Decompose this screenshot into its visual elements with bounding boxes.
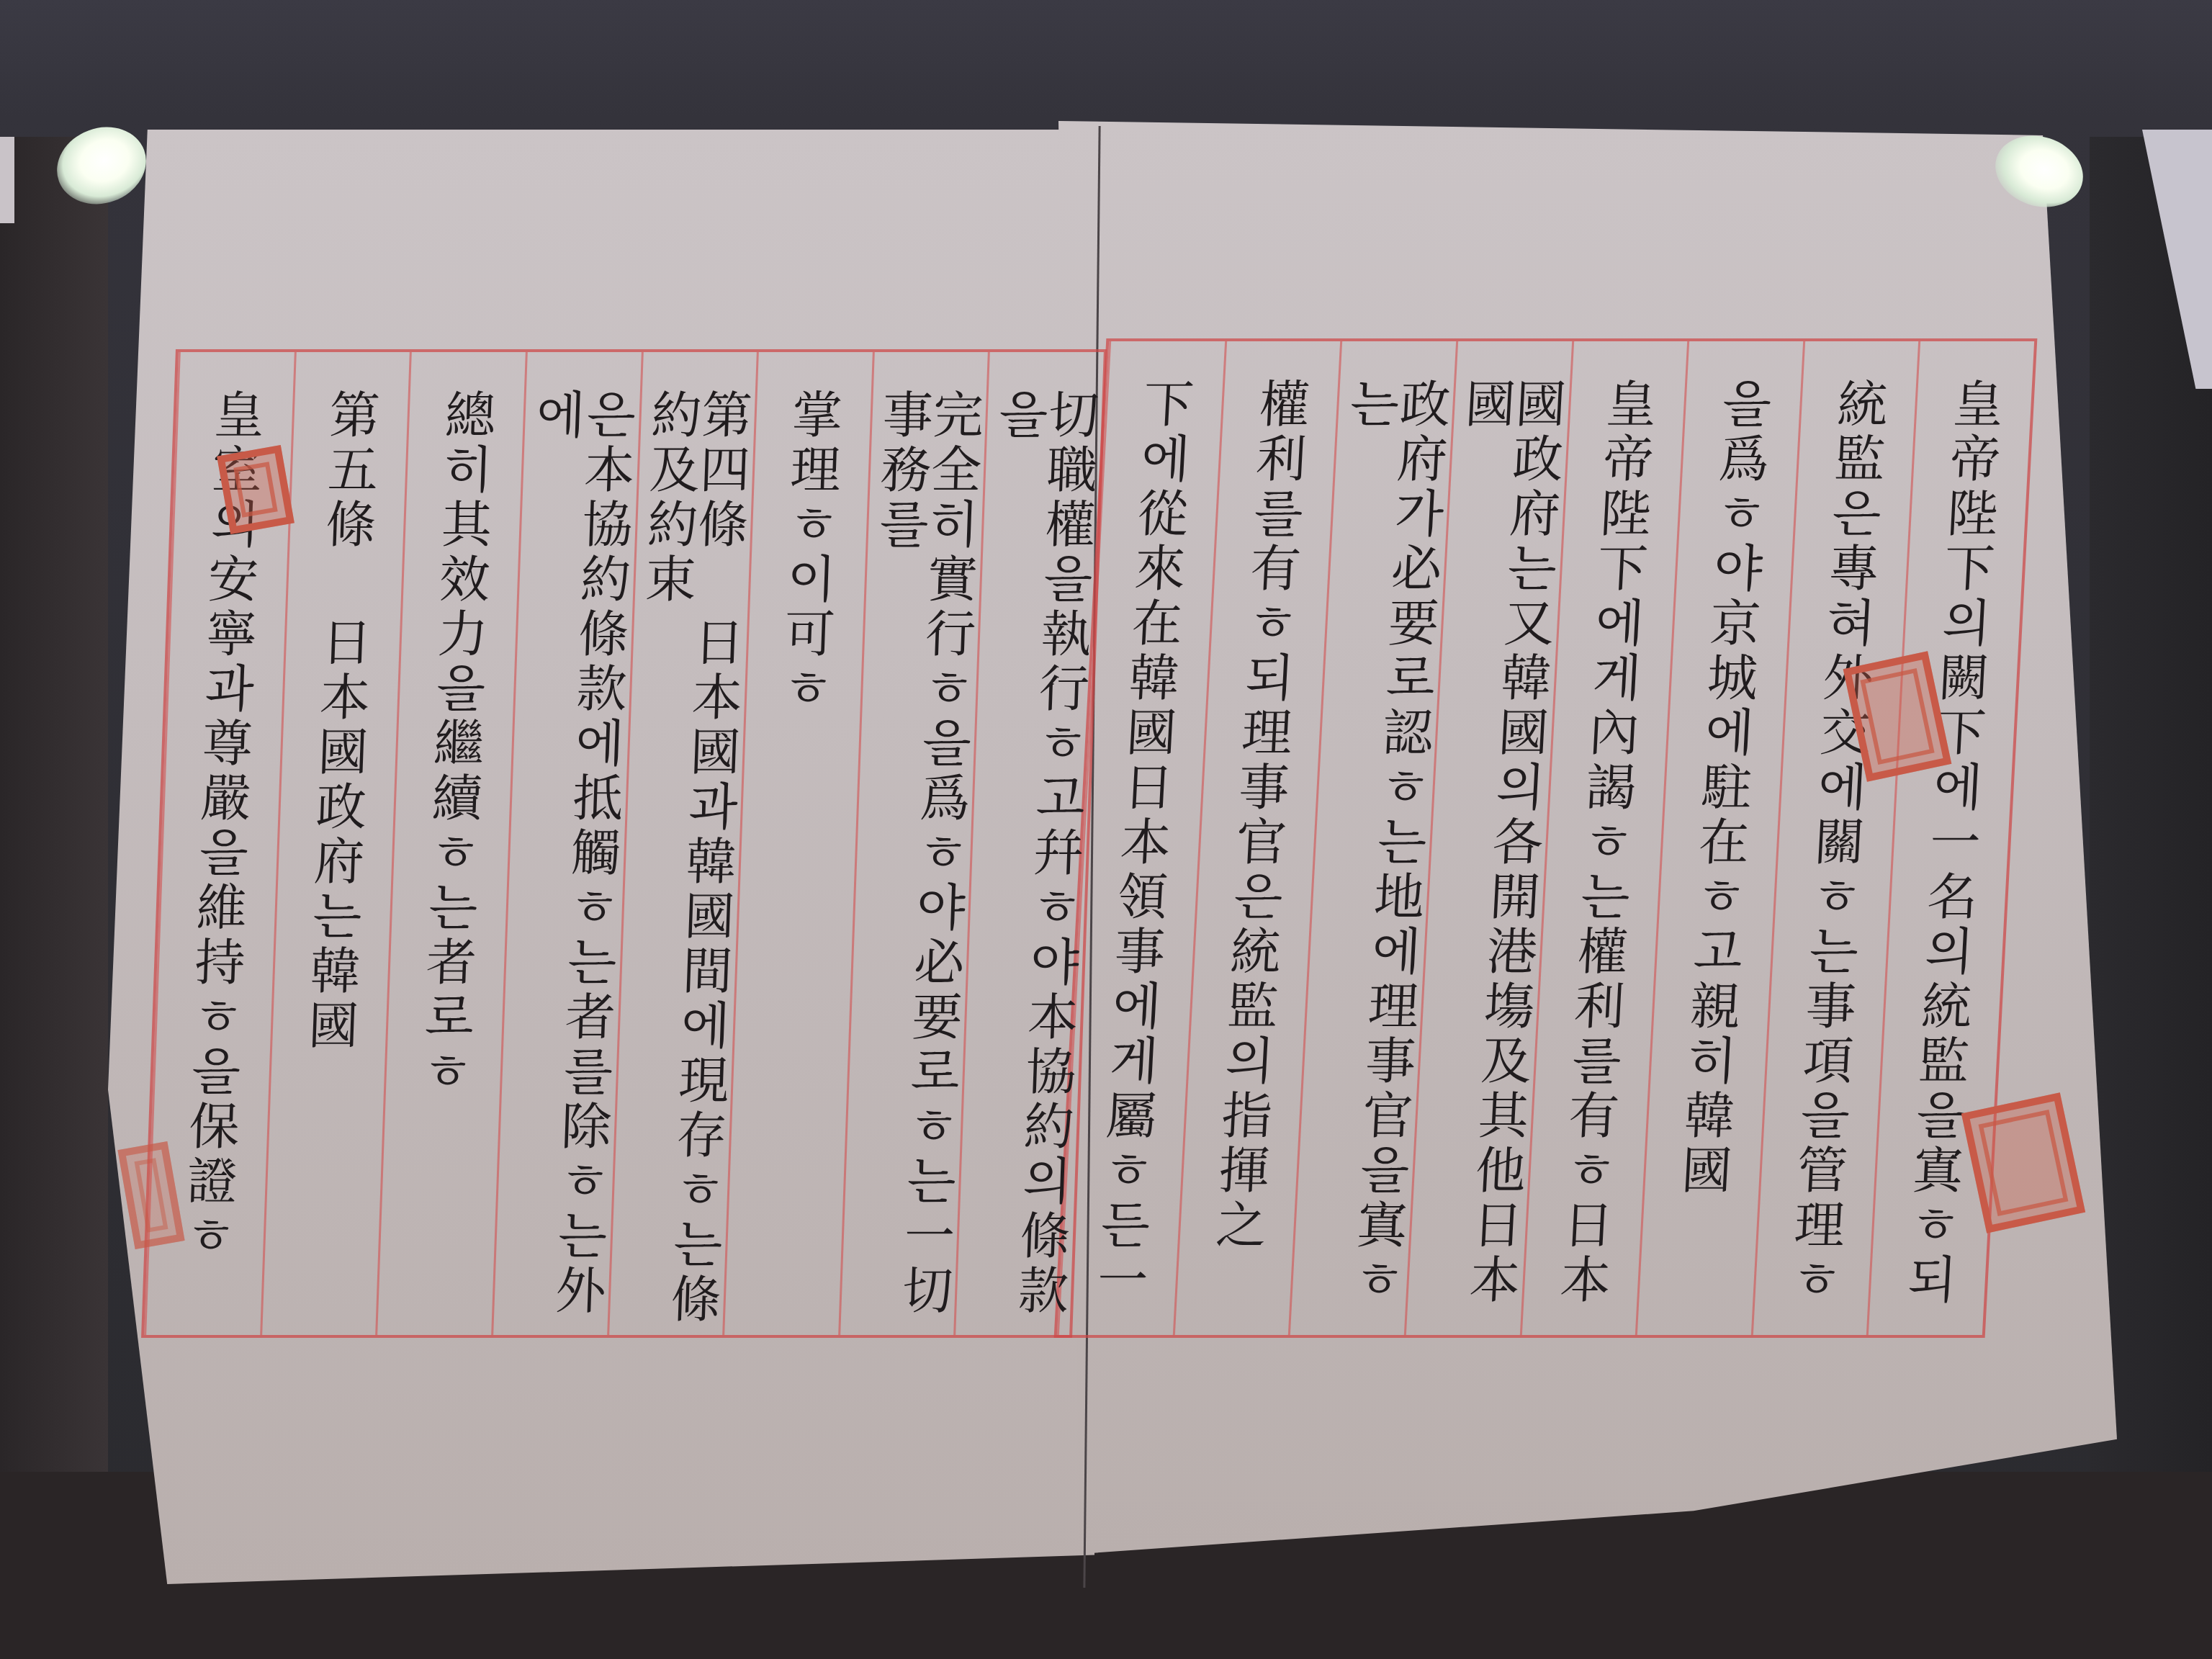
right-page-ruled-frame: 皇帝陛下의闕下에一名의統監을寘ㅎ되 統監은專혀外交에關ㅎ는事項을管理ㅎ 을爲ㅎ야… (1054, 338, 2038, 1338)
column-text: 을爲ㅎ야京城에駐在ㅎ고親히韓國 (1669, 341, 1771, 1335)
column-text: 統監은專혀外交에關ㅎ는事項을管理ㅎ (1784, 341, 1887, 1335)
display-case-left-frame (0, 137, 108, 1659)
adjacent-sheet-left (0, 137, 14, 223)
column-text: 權利를有ㅎ되理事官은統監의指揮之 (1206, 341, 1308, 1335)
column-text: 下에從來在韓國日本領事에게屬ㅎ든一 (1091, 341, 1193, 1335)
red-seal-icon (217, 445, 295, 534)
column-text: 第五條 日本國政府는韓國 (294, 352, 379, 1335)
column-text: 總히其效力을繼續ㅎ는者로ㅎ (409, 352, 494, 1335)
column-text: 掌理ㅎ이可ㅎ (756, 352, 841, 1335)
column-text: 皇帝陛下에게內謁ㅎ는權利를有ㅎ日本 (1553, 341, 1655, 1335)
